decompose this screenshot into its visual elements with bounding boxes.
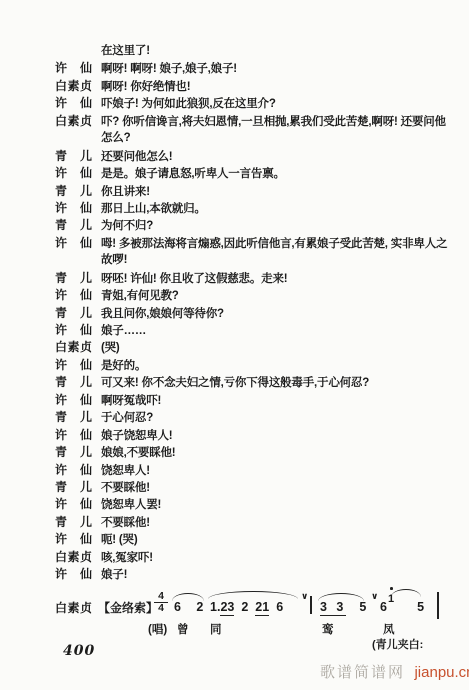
note-dotted: 1. xyxy=(210,600,220,616)
script-line: 青 儿 我且问你,娘娘何等待你? xyxy=(0,304,469,321)
dialogue-text: 饶恕卑人罢! xyxy=(101,496,161,512)
dialogue-text: 我且问你,娘娘何等待你? xyxy=(101,305,224,321)
note-group-1: 6 2 xyxy=(174,600,209,614)
dialogue-text: 故啰! xyxy=(101,251,127,267)
dialogue-text: 还要问他怎么! xyxy=(101,148,172,164)
script-line: 许 仙 娘子! xyxy=(0,565,469,582)
script-line: 许 仙 饶恕卑人罢! xyxy=(0,495,469,512)
lyric-syllable: 同 xyxy=(210,621,222,637)
speaker-name: 许 仙 xyxy=(55,321,97,338)
speaker-name: 青 儿 xyxy=(55,269,97,286)
slur xyxy=(391,589,421,597)
script-line: 许 仙 呃! (哭) xyxy=(0,530,469,547)
watermark-site-name: 歌谱简谱网 xyxy=(320,664,405,681)
script-line: 青 儿 于心何忍? xyxy=(0,408,469,425)
dialogue-text: 娘子! xyxy=(101,566,127,582)
aria-speaker: 白素贞 xyxy=(55,599,93,616)
dialogue-text: 呀呸! 许仙! 你且收了这假慈悲。走来! xyxy=(101,270,287,286)
script-line: 青 儿 呀呸! 许仙! 你且收了这假慈悲。走来! xyxy=(0,269,469,286)
dialogue-text: 呣! 多被那法海将言煽惑,因此听信他言,有累娘子受此苦楚, 实非卑人之 xyxy=(101,235,447,251)
speaker-name: 许 仙 xyxy=(55,286,97,303)
dialogue-text: 吓娘子! 为何如此狼狈,反在这里介? xyxy=(101,95,276,111)
dialogue-text: 青姐,有何见教? xyxy=(101,287,179,303)
lyric-syllable: 凤 xyxy=(383,621,395,637)
slur xyxy=(208,591,298,599)
time-signature-top: 4 xyxy=(154,591,168,601)
note: 5 xyxy=(417,600,424,614)
dialogue-text: 啊呀冤哉吓! xyxy=(101,392,161,408)
speaker-name: 许 仙 xyxy=(55,234,97,251)
note-eighth-pair: 3 3 xyxy=(320,600,346,616)
note-group-4: 6 1 5 xyxy=(380,600,424,614)
speaker-name: 青 儿 xyxy=(55,373,97,390)
dialogue-text: 呃! (哭) xyxy=(101,531,137,547)
lyric-syllable: 曾 xyxy=(177,621,189,637)
speaker-name: 青 儿 xyxy=(55,513,97,530)
note: 6 2 xyxy=(174,600,209,614)
script-line: 白素贞 (哭) xyxy=(0,338,469,355)
lyric-sing-prefix: (唱) xyxy=(148,621,167,637)
slur xyxy=(318,593,364,601)
qupai-label: 【金络索】 xyxy=(98,599,158,616)
script-line: 青 儿 你且讲来! xyxy=(0,182,469,199)
dialogue-text: 啊呀! 啊呀! 娘子,娘子,娘子! xyxy=(101,60,237,76)
script-line: 许 仙 娘子…… xyxy=(0,321,469,338)
speaker-name: 青 儿 xyxy=(55,408,97,425)
breath-mark: ∨ xyxy=(301,591,308,602)
script-line: 许 仙 娘子饶恕卑人! xyxy=(0,426,469,443)
speaker-name: 许 仙 xyxy=(55,426,97,443)
watermark-site-url: jianpu.cn xyxy=(414,664,469,681)
speaker-name: 白素贞 xyxy=(55,338,97,355)
speaker-name: 许 仙 xyxy=(55,356,97,373)
script-line: 青 儿 还要问他怎么! xyxy=(0,147,469,164)
barline xyxy=(310,596,312,614)
score-page: 在这里了! 许 仙 啊呀! 啊呀! 娘子,娘子,娘子! 白素贞 啊呀! 你好绝情… xyxy=(0,0,469,690)
script-line: 许 仙 是是。娘子请息怒,听卑人一言告禀。 xyxy=(0,164,469,181)
dialogue-text: 不要睬他! xyxy=(101,514,150,530)
script-line: 许 仙 那日上山,本欲就归。 xyxy=(0,199,469,216)
dialogue-text: 是好的。 xyxy=(101,357,146,373)
note: 6 xyxy=(276,600,283,616)
watermark: 歌谱简谱网 jianpu.cn xyxy=(320,661,469,682)
dialogue-text: 那日上山,本欲就归。 xyxy=(101,200,206,216)
note: 5 xyxy=(359,600,366,616)
dialogue-text: 怎么? xyxy=(101,129,130,145)
script-line: 许 仙 吓娘子! 为何如此狼狈,反在这里介? xyxy=(0,94,469,111)
dialogue-text: 娘子饶恕卑人! xyxy=(101,427,172,443)
speaker-name: 白素贞 xyxy=(55,548,97,565)
script-line: 青 儿 娘娘,不要睬他! xyxy=(0,443,469,460)
speaker-name: 许 仙 xyxy=(55,199,97,216)
note-eighth-pair: 23 xyxy=(220,600,234,616)
speaker-name: 白素贞 xyxy=(55,112,97,129)
script-line: 青 儿 不要睬他! xyxy=(0,478,469,495)
lyric-syllable: 鸾 xyxy=(322,621,334,637)
speaker-name: 许 仙 xyxy=(55,530,97,547)
speaker-name: 许 仙 xyxy=(55,94,97,111)
speaker-name: 青 儿 xyxy=(55,478,97,495)
script-line: 白素贞 吓? 你听信谗言,将夫妇恩情,一旦相抛,累我们受此苦楚,啊呀! 还要问他 xyxy=(0,112,469,129)
dialogue-text: 于心何忍? xyxy=(101,409,153,425)
speaker-name: 白素贞 xyxy=(55,77,97,94)
script-line: 许 仙 青姐,有何见教? xyxy=(0,286,469,303)
script-line: 许 仙 是好的。 xyxy=(0,356,469,373)
dialogue-text: 吓? 你听信谗言,将夫妇恩情,一旦相抛,累我们受此苦楚,啊呀! 还要问他 xyxy=(101,113,446,129)
script-line: 青 儿 不要睬他! xyxy=(0,513,469,530)
breath-mark: ∨ xyxy=(371,591,378,602)
dialogue-text: 不要睬他! xyxy=(101,479,150,495)
script-line: 许 仙 呣! 多被那法海将言煽惑,因此听信他言,有累娘子受此苦楚, 实非卑人之 xyxy=(0,234,469,251)
speaker-name: 许 仙 xyxy=(55,565,97,582)
dialogue-text: 你且讲来! xyxy=(101,183,150,199)
note-group-3: 3 3 5 xyxy=(320,600,366,616)
slur xyxy=(172,593,204,601)
note-eighth-pair: 21 xyxy=(255,600,269,616)
time-signature: 4 4 xyxy=(154,591,168,613)
script-line: 青 儿 可又来! 你不念夫妇之情,亏你下得这般毒手,于心何忍? xyxy=(0,373,469,390)
dialogue-text: 咳,冤家吓! xyxy=(101,549,153,565)
speaker-name: 青 儿 xyxy=(55,216,97,233)
script-line: 许 仙 啊呀冤哉吓! xyxy=(0,391,469,408)
page-number: 400 xyxy=(63,643,95,659)
octave-dot xyxy=(390,587,393,590)
note: 6 xyxy=(380,600,387,614)
dialogue-text: 饶恕卑人! xyxy=(101,462,150,478)
time-signature-bottom: 4 xyxy=(154,603,168,613)
barline-end xyxy=(437,592,439,619)
dialogue-text: 在这里了! xyxy=(101,42,150,58)
dialogue-text: 是是。娘子请息怒,听卑人一言告禀。 xyxy=(101,165,285,181)
script-line: 青 儿 为何不归? xyxy=(0,216,469,233)
dialogue-text: 啊呀! 你好绝情也! xyxy=(101,78,190,94)
dialogue-text: 娘娘,不要睬他! xyxy=(101,444,175,460)
speaker-name: 许 仙 xyxy=(55,59,97,76)
script-line: 白素贞 咳,冤家吓! xyxy=(0,548,469,565)
script-line: 怎么? xyxy=(0,129,469,146)
script-line: 许 仙 饶恕卑人! xyxy=(0,461,469,478)
dialogue-section: 在这里了! 许 仙 啊呀! 啊呀! 娘子,娘子,娘子! 白素贞 啊呀! 你好绝情… xyxy=(0,42,469,583)
script-line: 白素贞 啊呀! 你好绝情也! xyxy=(0,77,469,94)
speaker-name: 青 儿 xyxy=(55,147,97,164)
script-line: 在这里了! xyxy=(0,42,469,59)
speaker-name: 许 仙 xyxy=(55,495,97,512)
speaker-name: 许 仙 xyxy=(55,391,97,408)
speaker-name: 青 儿 xyxy=(55,182,97,199)
dialogue-text: (哭) xyxy=(101,339,120,355)
speaker-name: 许 仙 xyxy=(55,164,97,181)
speaker-name: 青 儿 xyxy=(55,443,97,460)
speaker-name: 许 仙 xyxy=(55,461,97,478)
script-line: 许 仙 啊呀! 啊呀! 娘子,娘子,娘子! xyxy=(0,59,469,76)
note: 2 xyxy=(241,600,248,616)
note-group-2: 1. 23 2 21 6 xyxy=(210,600,283,616)
dialogue-text: 娘子…… xyxy=(101,322,146,338)
dialogue-text: 可又来! 你不念夫妇之情,亏你下得这般毒手,于心何忍? xyxy=(101,374,369,390)
dialogue-text: 为何不归? xyxy=(101,217,153,233)
script-line: 故啰! xyxy=(0,251,469,268)
speaker-name: 青 儿 xyxy=(55,304,97,321)
aside-note: (青儿夹白: xyxy=(372,636,423,652)
